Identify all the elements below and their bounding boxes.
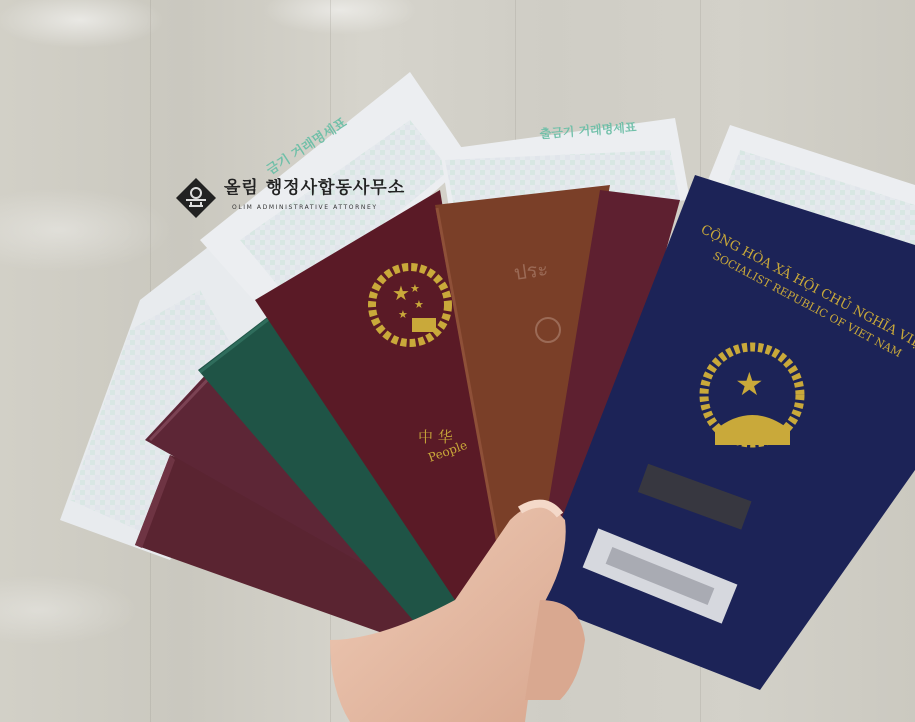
svg-text:★: ★ xyxy=(735,366,764,402)
watermark-name-english: OLIM ADMINISTRATIVE ATTORNEY xyxy=(232,204,405,211)
svg-text:★: ★ xyxy=(392,283,410,305)
passport-thailand-title: ประ xyxy=(512,256,549,285)
passport-photo: 금기 거래명세표 출금기 거래명세표 ★ xyxy=(0,0,915,722)
watermark-logo: 올림 행정사합동사무소 OLIM ADMINISTRATIVE ATTORNEY xyxy=(176,178,405,218)
svg-text:★: ★ xyxy=(398,309,408,321)
svg-text:★: ★ xyxy=(410,283,420,295)
olim-logo-icon xyxy=(176,178,216,218)
watermark-name-korean: 올림 행정사합동사무소 xyxy=(224,178,405,198)
svg-text:★: ★ xyxy=(414,299,424,311)
photo-scene: 금기 거래명세표 출금기 거래명세표 ★ xyxy=(0,0,915,722)
